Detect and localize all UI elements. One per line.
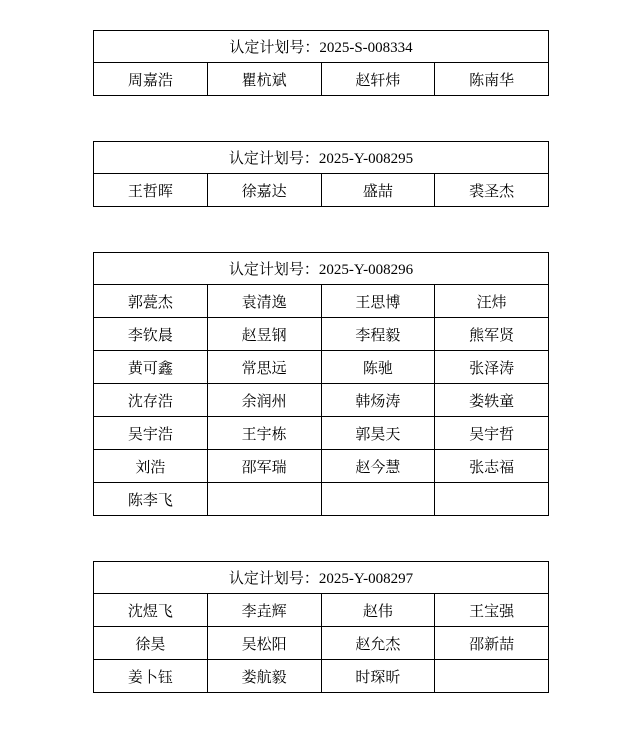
plan-table: 认定计划号：2025-Y-008295 王哲晖徐嘉达盛喆裘圣杰 xyxy=(93,141,549,207)
table-row: 王哲晖徐嘉达盛喆裘圣杰 xyxy=(94,174,549,207)
name-cell: 赵伟 xyxy=(321,594,435,627)
name-cell: 沈煜飞 xyxy=(94,594,208,627)
name-cell: 徐昊 xyxy=(94,627,208,660)
name-cell: 陈李飞 xyxy=(94,483,208,516)
name-cell: 赵允杰 xyxy=(321,627,435,660)
name-cell: 赵今慧 xyxy=(321,450,435,483)
name-cell: 沈存浩 xyxy=(94,384,208,417)
name-cell: 刘浩 xyxy=(94,450,208,483)
names-body: 王哲晖徐嘉达盛喆裘圣杰 xyxy=(94,174,549,207)
name-cell: 盛喆 xyxy=(321,174,435,207)
name-cell: 王宝强 xyxy=(435,594,549,627)
name-cell: 娄轶童 xyxy=(435,384,549,417)
name-cell: 黄可鑫 xyxy=(94,351,208,384)
name-cell: 李程毅 xyxy=(321,318,435,351)
name-cell: 王宇栋 xyxy=(207,417,321,450)
name-cell: 熊军贤 xyxy=(435,318,549,351)
plan-number-title: 认定计划号：2025-Y-008295 xyxy=(94,142,549,174)
name-cell: 郭甍杰 xyxy=(94,285,208,318)
table-row: 徐昊吴松阳赵允杰邵新喆 xyxy=(94,627,549,660)
table-row: 黄可鑫常思远陈驰张泽涛 xyxy=(94,351,549,384)
name-cell: 邵军瑞 xyxy=(207,450,321,483)
name-cell: 周嘉浩 xyxy=(94,63,208,96)
name-cell: 李钦晨 xyxy=(94,318,208,351)
table-row: 李钦晨赵昱钢李程毅熊军贤 xyxy=(94,318,549,351)
names-body: 周嘉浩瞿杭斌赵轩炜陈南华 xyxy=(94,63,549,96)
name-cell: 瞿杭斌 xyxy=(207,63,321,96)
name-cell: 常思远 xyxy=(207,351,321,384)
name-cell: 陈南华 xyxy=(435,63,549,96)
name-cell: 袁清逸 xyxy=(207,285,321,318)
table-row: 刘浩邵军瑞赵今慧张志福 xyxy=(94,450,549,483)
empty-cell xyxy=(207,483,321,516)
table-row: 姜卜钰娄航毅时琛昕 xyxy=(94,660,549,693)
name-cell: 吴松阳 xyxy=(207,627,321,660)
plan-header-row: 认定计划号：2025-Y-008297 xyxy=(94,562,549,594)
name-cell: 邵新喆 xyxy=(435,627,549,660)
name-cell: 吴宇哲 xyxy=(435,417,549,450)
plan-table: 认定计划号：2025-Y-008296 郭甍杰袁清逸王思博汪炜李钦晨赵昱钢李程毅… xyxy=(93,252,549,516)
name-cell: 王思博 xyxy=(321,285,435,318)
plan-number-title: 认定计划号：2025-Y-008296 xyxy=(94,253,549,285)
name-cell: 余润州 xyxy=(207,384,321,417)
table-row: 吴宇浩王宇栋郭昊天吴宇哲 xyxy=(94,417,549,450)
document-page: 认定计划号：2025-S-008334 周嘉浩瞿杭斌赵轩炜陈南华 认定计划号：2… xyxy=(0,0,549,693)
table-row: 陈李飞 xyxy=(94,483,549,516)
name-cell: 张泽涛 xyxy=(435,351,549,384)
name-cell: 陈驰 xyxy=(321,351,435,384)
plan-table: 认定计划号：2025-Y-008297 沈煜飞李垚辉赵伟王宝强徐昊吴松阳赵允杰邵… xyxy=(93,561,549,693)
plan-number-title: 认定计划号：2025-S-008334 xyxy=(94,31,549,63)
empty-cell xyxy=(435,660,549,693)
name-cell: 吴宇浩 xyxy=(94,417,208,450)
table-row: 郭甍杰袁清逸王思博汪炜 xyxy=(94,285,549,318)
names-body: 郭甍杰袁清逸王思博汪炜李钦晨赵昱钢李程毅熊军贤黄可鑫常思远陈驰张泽涛沈存浩余润州… xyxy=(94,285,549,516)
name-cell: 姜卜钰 xyxy=(94,660,208,693)
name-cell: 汪炜 xyxy=(435,285,549,318)
plan-table: 认定计划号：2025-S-008334 周嘉浩瞿杭斌赵轩炜陈南华 xyxy=(93,30,549,96)
plan-header-row: 认定计划号：2025-S-008334 xyxy=(94,31,549,63)
plan-header-row: 认定计划号：2025-Y-008296 xyxy=(94,253,549,285)
name-cell: 李垚辉 xyxy=(207,594,321,627)
table-row: 沈存浩余润州韩炀涛娄轶童 xyxy=(94,384,549,417)
name-cell: 张志福 xyxy=(435,450,549,483)
name-cell: 娄航毅 xyxy=(207,660,321,693)
plan-number-title: 认定计划号：2025-Y-008297 xyxy=(94,562,549,594)
name-cell: 韩炀涛 xyxy=(321,384,435,417)
table-row: 周嘉浩瞿杭斌赵轩炜陈南华 xyxy=(94,63,549,96)
name-cell: 裘圣杰 xyxy=(435,174,549,207)
name-cell: 徐嘉达 xyxy=(207,174,321,207)
name-cell: 赵轩炜 xyxy=(321,63,435,96)
empty-cell xyxy=(435,483,549,516)
empty-cell xyxy=(321,483,435,516)
plan-header-row: 认定计划号：2025-Y-008295 xyxy=(94,142,549,174)
name-cell: 时琛昕 xyxy=(321,660,435,693)
names-body: 沈煜飞李垚辉赵伟王宝强徐昊吴松阳赵允杰邵新喆姜卜钰娄航毅时琛昕 xyxy=(94,594,549,693)
name-cell: 赵昱钢 xyxy=(207,318,321,351)
name-cell: 郭昊天 xyxy=(321,417,435,450)
name-cell: 王哲晖 xyxy=(94,174,208,207)
table-row: 沈煜飞李垚辉赵伟王宝强 xyxy=(94,594,549,627)
